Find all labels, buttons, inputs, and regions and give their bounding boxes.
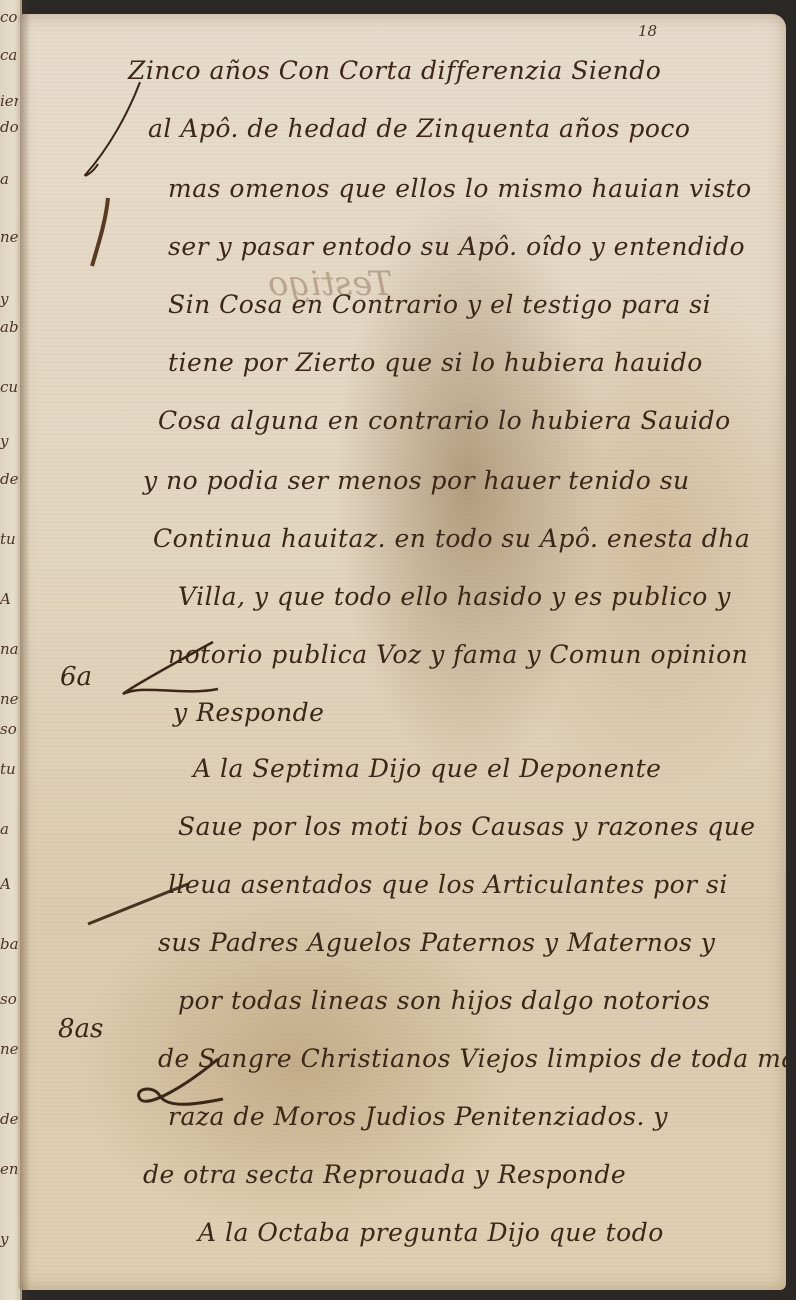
adjacent-fragment: so [0,990,17,1008]
ink-drip-icon [88,194,118,274]
manuscript-line: y no podia ser menos por hauer tenido su [143,466,690,495]
manuscript-line: raza de Moros Judios Penitenziados. y [168,1102,668,1131]
adjacent-fragment: A [0,590,11,608]
manuscript-line: y Responde [173,698,324,727]
manuscript-line: de otra secta Reprouada y Responde [143,1160,626,1189]
adjacent-fragment: ne [0,1040,19,1058]
manuscript-line: Zinco años Con Corta differenzia Siendo [128,56,661,85]
adjacent-fragment: y [0,1230,8,1248]
adjacent-fragment: a [0,820,9,838]
adjacent-fragment: co [0,8,17,26]
manuscript-scan: co ca ien do a ne y ab cu y de tu A na n… [0,0,796,1300]
manuscript-line: Sin Cosa en Contrario y el testigo para … [168,290,711,319]
manuscript-line: sus Padres Aguelos Paternos y Maternos y [158,928,715,957]
adjacent-fragment: ba [0,935,19,953]
manuscript-line: A la Septima Dijo que el Deponente [193,754,661,783]
book-gutter-shadow [20,0,30,1300]
manuscript-line: Continua hauitaz. en todo su Apô. enesta… [153,524,750,553]
manuscript-line: lleua asentados que los Articulantes por… [168,870,728,899]
manuscript-line: ser y pasar entodo su Apô. oîdo y entend… [168,232,745,261]
manuscript-line: A la Octaba pregunta Dijo que todo [198,1218,664,1247]
adjacent-fragment: cu [0,378,18,396]
adjacent-fragment: so [0,720,17,738]
adjacent-fragment: ca [0,46,17,64]
adjacent-fragment: y [0,290,8,308]
adjacent-fragment: ne [0,228,19,246]
adjacent-fragment: tu [0,530,16,548]
manuscript-line: al Apô. de hedad de Zinquenta años poco [148,114,690,143]
adjacent-fragment: en [0,1160,19,1178]
adjacent-fragment: do [0,118,19,136]
manuscript-line: Cosa alguna en contrario lo hubiera Saui… [158,406,731,435]
adjacent-fragment: A [0,875,11,893]
manuscript-line: mas omenos que ellos lo mismo hauian vis… [168,174,752,203]
adjacent-fragment: tu [0,760,16,778]
margin-note-question-8: 8as [58,1014,103,1044]
manuscript-line: tiene por Zierto que si lo hubiera hauid… [168,348,703,377]
adjacent-fragment: ab [0,318,19,336]
manuscript-line: Saue por los moti bos Causas y razones q… [178,812,756,841]
adjacent-fragment: y [0,432,8,450]
manuscript-line: de Sangre Christianos Viejos limpios de … [158,1044,786,1073]
adjacent-fragment: de [0,470,18,488]
adjacent-fragment: a [0,170,9,188]
manuscript-line: notorio publica Voz y fama y Comun opini… [168,640,748,669]
adjacent-fragment: na [0,640,19,658]
adjacent-fragment: de [0,1110,18,1128]
adjacent-fragment: ne [0,690,19,708]
margin-flourish-icon [78,74,148,184]
manuscript-line: Villa, y que todo ello hasido y es publi… [178,582,731,611]
margin-note-question-6: 6a [60,662,92,692]
manuscript-page: Testigo 18 6a 8as Zinco años Con Corta d… [18,14,786,1290]
manuscript-line: por todas lineas son hijos dalgo notorio… [178,986,710,1015]
folio-number: 18 [638,22,657,40]
